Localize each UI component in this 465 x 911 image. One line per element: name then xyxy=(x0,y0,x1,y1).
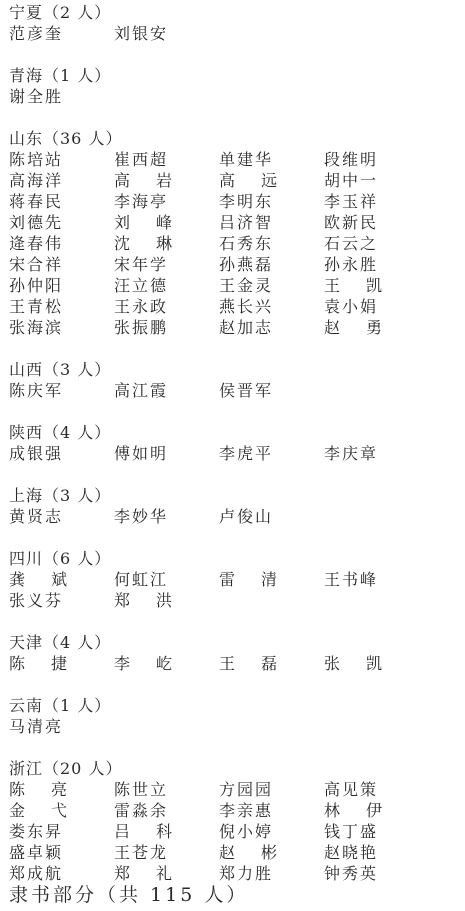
province-heading: 青海（1 人） xyxy=(9,65,459,86)
name-char: 金 xyxy=(9,800,25,821)
person-name: 宋合祥 xyxy=(9,254,114,275)
person-name: 李屹 xyxy=(114,653,172,674)
person-name: 卢俊山 xyxy=(219,506,324,527)
name-row: 范彦奎刘银安 xyxy=(9,23,459,44)
name-char: 王 xyxy=(219,653,235,674)
province-heading: 山西（3 人） xyxy=(9,359,459,380)
province-section: 山西（3 人）陈庆军高江霞侯晋军 xyxy=(9,359,459,401)
person-name: 孙仲阳 xyxy=(9,275,114,296)
province-section: 上海（3 人）黄贤志李妙华卢俊山 xyxy=(9,485,459,527)
name-char: 赵 xyxy=(324,317,340,338)
name-row: 马清亮 xyxy=(9,716,459,737)
person-name: 范彦奎 xyxy=(9,23,114,44)
name-char: 吕 xyxy=(114,821,130,842)
province-section: 浙江（20 人）陈亮陈世立方园园高见策金弋雷淼余李亲惠林伊娄东昇吕科倪小婷钱丁盛… xyxy=(9,758,459,884)
name-row: 蒋春民李海亭李明东李玉祥 xyxy=(9,191,459,212)
name-row: 谢全胜 xyxy=(9,86,459,107)
person-name: 陈培站 xyxy=(9,149,114,170)
person-name: 郑力胜 xyxy=(219,863,324,884)
person-name: 何虹江 xyxy=(114,569,219,590)
person-name: 李玉祥 xyxy=(324,191,429,212)
province-section: 云南（1 人）马清亮 xyxy=(9,695,459,737)
name-row: 陈亮陈世立方园园高见策 xyxy=(9,779,459,800)
person-name: 傅如明 xyxy=(114,443,219,464)
name-char: 龚 xyxy=(9,569,25,590)
name-char: 彬 xyxy=(261,842,277,863)
name-row: 王青松王永政燕长兴袁小娟 xyxy=(9,296,459,317)
person-name: 龚斌 xyxy=(9,569,67,590)
name-char: 伊 xyxy=(366,800,382,821)
person-name: 郑礼 xyxy=(114,863,172,884)
person-name: 王苍龙 xyxy=(114,842,219,863)
name-row: 张义芬郑洪 xyxy=(9,590,459,611)
person-name: 陈捷 xyxy=(9,653,67,674)
person-name: 赵勇 xyxy=(324,317,382,338)
name-list-document: 宁夏（2 人）范彦奎刘银安青海（1 人）谢全胜山东（36 人）陈培站崔西超单建华… xyxy=(9,2,459,905)
name-row: 张海滨张振鹏赵加志赵勇 xyxy=(9,317,459,338)
person-name: 赵加志 xyxy=(219,317,324,338)
person-name: 钟秀英 xyxy=(324,863,429,884)
person-name: 崔西超 xyxy=(114,149,219,170)
person-name: 刘德先 xyxy=(9,212,114,233)
person-name: 吕科 xyxy=(114,821,172,842)
name-char: 远 xyxy=(261,170,277,191)
name-char: 赵 xyxy=(219,842,235,863)
province-heading: 宁夏（2 人） xyxy=(9,2,459,23)
person-name: 成银强 xyxy=(9,443,114,464)
person-name: 逄春伟 xyxy=(9,233,114,254)
name-row: 刘德先刘峰吕济智欧新民 xyxy=(9,212,459,233)
person-name: 陈亮 xyxy=(9,779,67,800)
person-name: 刘银安 xyxy=(114,23,219,44)
name-char: 林 xyxy=(324,800,340,821)
name-char: 科 xyxy=(156,821,172,842)
name-row: 成银强傅如明李虎平李庆章 xyxy=(9,443,459,464)
name-char: 沈 xyxy=(114,233,130,254)
person-name: 李虎平 xyxy=(219,443,324,464)
province-heading: 云南（1 人） xyxy=(9,695,459,716)
person-name: 石秀东 xyxy=(219,233,324,254)
name-char: 高 xyxy=(219,170,235,191)
person-name: 钱丁盛 xyxy=(324,821,429,842)
name-char: 凯 xyxy=(366,275,382,296)
name-char: 捷 xyxy=(51,653,67,674)
province-heading: 上海（3 人） xyxy=(9,485,459,506)
person-name: 张义芬 xyxy=(9,590,114,611)
name-char: 陈 xyxy=(9,779,25,800)
name-char: 张 xyxy=(324,653,340,674)
name-char: 勇 xyxy=(366,317,382,338)
person-name: 林伊 xyxy=(324,800,382,821)
person-name: 高见策 xyxy=(324,779,429,800)
name-row: 郑成航郑礼郑力胜钟秀英 xyxy=(9,863,459,884)
person-name: 侯晋军 xyxy=(219,380,324,401)
name-char: 高 xyxy=(114,170,130,191)
person-name: 王永政 xyxy=(114,296,219,317)
name-char: 峰 xyxy=(156,212,172,233)
person-name: 娄东昇 xyxy=(9,821,114,842)
name-row: 陈捷李屹王磊张凯 xyxy=(9,653,459,674)
province-section: 宁夏（2 人）范彦奎刘银安 xyxy=(9,2,459,44)
person-name: 孙燕磊 xyxy=(219,254,324,275)
person-name: 王凯 xyxy=(324,275,382,296)
person-name: 王金灵 xyxy=(219,275,324,296)
name-char: 亮 xyxy=(51,779,67,800)
person-name: 段维明 xyxy=(324,149,429,170)
person-name: 陈庆军 xyxy=(9,380,114,401)
name-char: 岩 xyxy=(156,170,172,191)
person-name: 王书峰 xyxy=(324,569,429,590)
person-name: 黄贤志 xyxy=(9,506,114,527)
name-char: 屹 xyxy=(156,653,172,674)
name-char: 磊 xyxy=(261,653,277,674)
name-row: 宋合祥宋年学孙燕磊孙永胜 xyxy=(9,254,459,275)
name-char: 王 xyxy=(324,275,340,296)
person-name: 李妙华 xyxy=(114,506,219,527)
name-row: 盛卓颖王苍龙赵彬赵晓艳 xyxy=(9,842,459,863)
person-name: 李海亭 xyxy=(114,191,219,212)
person-name: 张振鹏 xyxy=(114,317,219,338)
person-name: 张凯 xyxy=(324,653,382,674)
person-name: 盛卓颖 xyxy=(9,842,114,863)
name-row: 黄贤志李妙华卢俊山 xyxy=(9,506,459,527)
province-section: 山东（36 人）陈培站崔西超单建华段维明高海洋高岩高远胡中一蒋春民李海亭李明东李… xyxy=(9,128,459,338)
name-char: 琳 xyxy=(156,233,172,254)
name-row: 娄东昇吕科倪小婷钱丁盛 xyxy=(9,821,459,842)
name-char: 弋 xyxy=(51,800,67,821)
name-char: 郑 xyxy=(114,863,130,884)
name-char: 凯 xyxy=(366,653,382,674)
name-char: 洪 xyxy=(156,590,172,611)
person-name: 金弋 xyxy=(9,800,67,821)
person-name: 王青松 xyxy=(9,296,114,317)
name-char: 郑 xyxy=(114,590,130,611)
person-name: 赵晓艳 xyxy=(324,842,429,863)
section-footer-title: 隶书部分（共 115 人） xyxy=(9,882,248,908)
province-heading: 浙江（20 人） xyxy=(9,758,459,779)
person-name: 李明东 xyxy=(219,191,324,212)
province-section: 四川（6 人）龚斌何虹江雷清王书峰张义芬郑洪 xyxy=(9,548,459,611)
province-heading: 陕西（4 人） xyxy=(9,422,459,443)
province-heading: 山东（36 人） xyxy=(9,128,459,149)
person-name: 方园园 xyxy=(219,779,324,800)
province-section: 天津（4 人）陈捷李屹王磊张凯 xyxy=(9,632,459,674)
name-char: 清 xyxy=(261,569,277,590)
name-row: 孙仲阳汪立德王金灵王凯 xyxy=(9,275,459,296)
name-row: 逄春伟沈琳石秀东石云之 xyxy=(9,233,459,254)
person-name: 倪小婷 xyxy=(219,821,324,842)
person-name: 燕长兴 xyxy=(219,296,324,317)
name-row: 龚斌何虹江雷清王书峰 xyxy=(9,569,459,590)
name-char: 雷 xyxy=(219,569,235,590)
person-name: 王磊 xyxy=(219,653,277,674)
person-name: 单建华 xyxy=(219,149,324,170)
province-heading: 四川（6 人） xyxy=(9,548,459,569)
province-section: 青海（1 人）谢全胜 xyxy=(9,65,459,107)
person-name: 马清亮 xyxy=(9,716,114,737)
person-name: 胡中一 xyxy=(324,170,429,191)
name-row: 陈庆军高江霞侯晋军 xyxy=(9,380,459,401)
name-row: 陈培站崔西超单建华段维明 xyxy=(9,149,459,170)
person-name: 高海洋 xyxy=(9,170,114,191)
person-name: 沈琳 xyxy=(114,233,172,254)
person-name: 郑洪 xyxy=(114,590,172,611)
person-name: 李庆章 xyxy=(324,443,429,464)
person-name: 赵彬 xyxy=(219,842,277,863)
person-name: 谢全胜 xyxy=(9,86,114,107)
name-char: 李 xyxy=(114,653,130,674)
person-name: 欧新民 xyxy=(324,212,429,233)
person-name: 孙永胜 xyxy=(324,254,429,275)
person-name: 高江霞 xyxy=(114,380,219,401)
person-name: 石云之 xyxy=(324,233,429,254)
province-section: 陕西（4 人）成银强傅如明李虎平李庆章 xyxy=(9,422,459,464)
name-char: 斌 xyxy=(51,569,67,590)
name-row: 金弋雷淼余李亲惠林伊 xyxy=(9,800,459,821)
person-name: 高岩 xyxy=(114,170,172,191)
person-name: 袁小娟 xyxy=(324,296,429,317)
name-row: 高海洋高岩高远胡中一 xyxy=(9,170,459,191)
person-name: 雷淼余 xyxy=(114,800,219,821)
person-name: 吕济智 xyxy=(219,212,324,233)
person-name: 宋年学 xyxy=(114,254,219,275)
person-name: 刘峰 xyxy=(114,212,172,233)
name-char: 礼 xyxy=(156,863,172,884)
person-name: 李亲惠 xyxy=(219,800,324,821)
province-heading: 天津（4 人） xyxy=(9,632,459,653)
person-name: 汪立德 xyxy=(114,275,219,296)
person-name: 雷清 xyxy=(219,569,277,590)
person-name: 陈世立 xyxy=(114,779,219,800)
person-name: 郑成航 xyxy=(9,863,114,884)
person-name: 蒋春民 xyxy=(9,191,114,212)
person-name: 张海滨 xyxy=(9,317,114,338)
name-char: 陈 xyxy=(9,653,25,674)
person-name: 高远 xyxy=(219,170,277,191)
name-char: 刘 xyxy=(114,212,130,233)
